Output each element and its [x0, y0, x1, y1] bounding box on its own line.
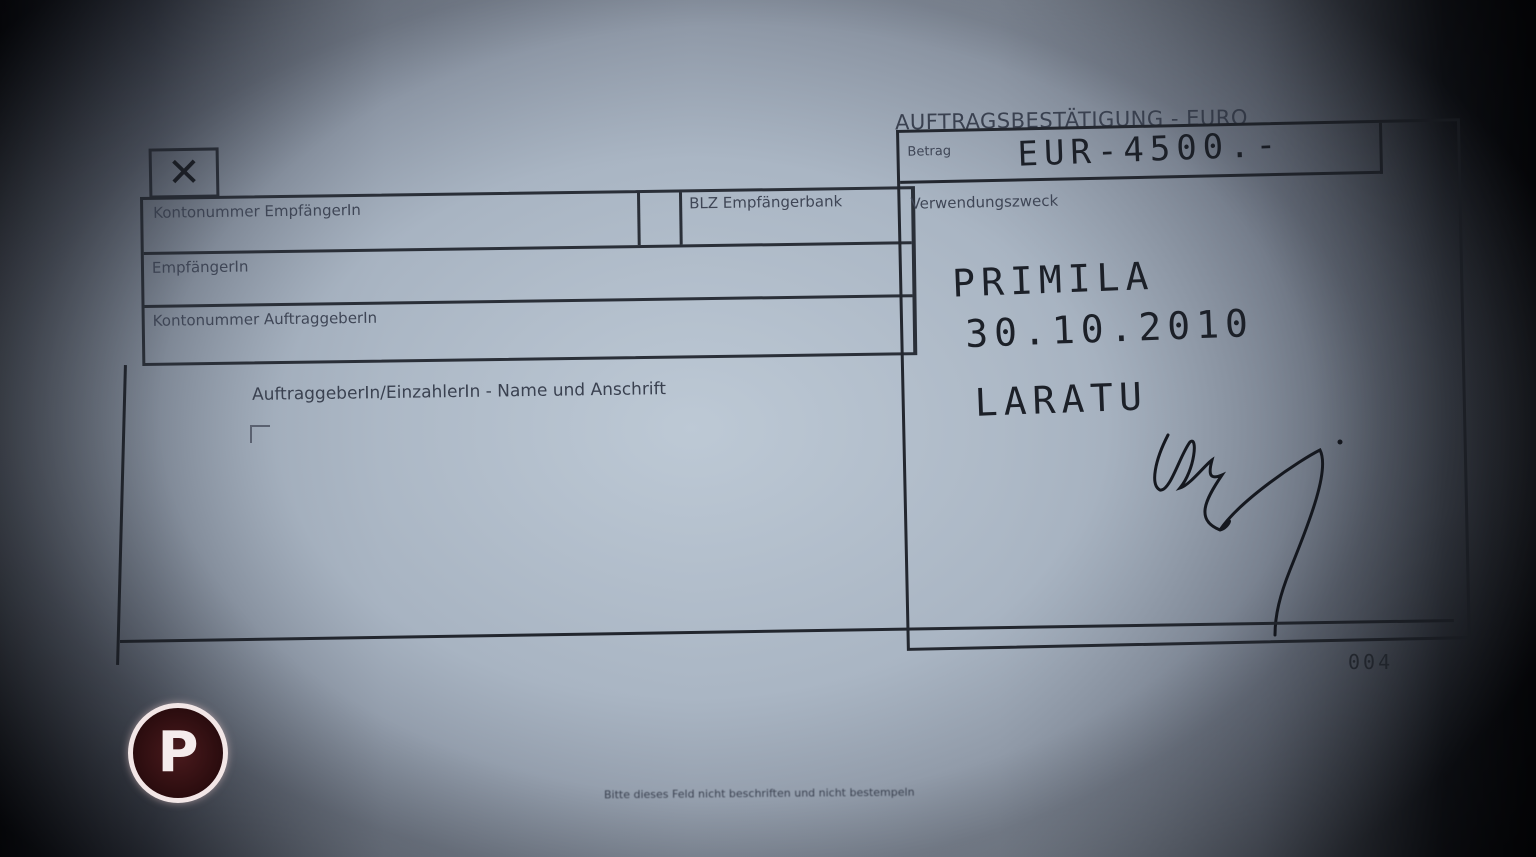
handwritten-amount: EUR-4500.-	[1017, 125, 1283, 175]
handwritten-purpose-line3: LARATU	[974, 374, 1149, 425]
bank-logo: ✕	[149, 147, 220, 198]
corner-mark	[250, 425, 270, 443]
signature	[1150, 430, 1370, 645]
label-account-sender: Kontonummer AuftraggeberIn	[153, 309, 378, 330]
row-sender-account: Kontonummer AuftraggeberIn	[145, 297, 914, 363]
serial-number: 004	[1348, 650, 1393, 674]
raiffeisen-cross-icon: ✕	[167, 153, 201, 194]
divider	[679, 192, 683, 244]
handwritten-purpose-line2: 30.10.2010	[964, 301, 1254, 356]
amount-row: Betrag EUR-4500.-	[899, 123, 1383, 184]
label-bank-code: BLZ Empfängerbank	[689, 192, 842, 212]
divider	[637, 193, 641, 245]
label-recipient: EmpfängerIn	[152, 257, 249, 276]
footer-note: Bitte dieses Feld nicht beschriften und …	[604, 786, 915, 802]
label-amount: Betrag	[907, 144, 951, 160]
handwritten-purpose-line1: PRIMILA	[951, 254, 1155, 306]
label-purpose: Verwendungszweck	[910, 192, 1058, 213]
transfer-form-left: Kontonummer EmpfängerIn BLZ Empfängerban…	[140, 186, 917, 366]
channel-logo-letter: P	[157, 725, 198, 781]
tv-channel-logo-icon: P	[128, 703, 228, 803]
label-account-recipient: Kontonummer EmpfängerIn	[153, 201, 361, 222]
